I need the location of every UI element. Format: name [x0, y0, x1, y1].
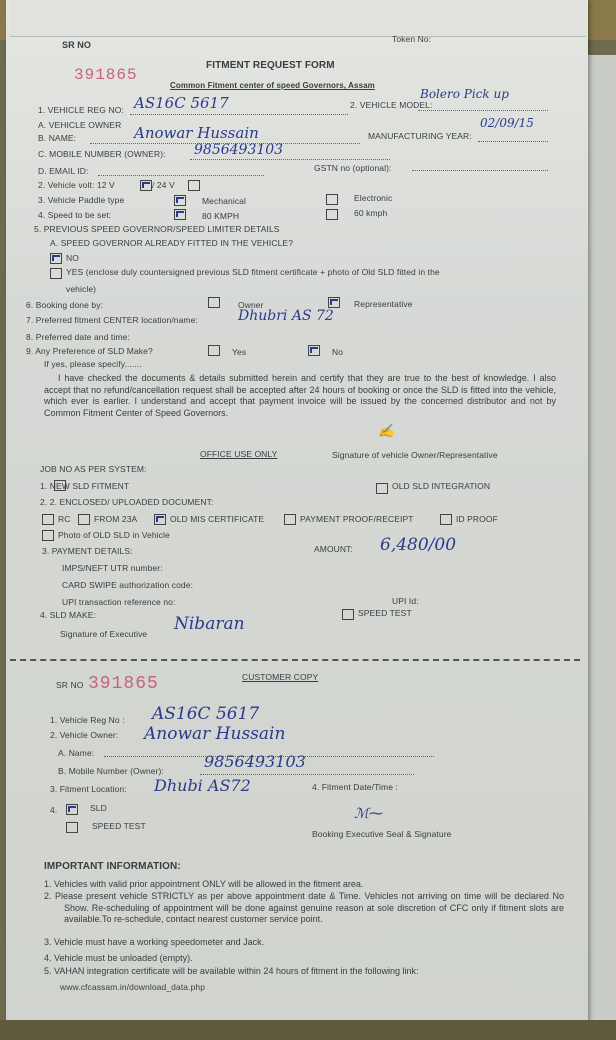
booking-owner-checkbox[interactable] — [208, 297, 220, 308]
name-value[interactable]: Anowar Hussain — [134, 124, 259, 142]
previous-sld-label: 5. PREVIOUS SPEED GOVERNOR/SPEED LIMITER… — [34, 224, 280, 234]
make-preference-label: 9. Any Preference of SLD Make? — [26, 346, 153, 356]
new-sld-label: 1. NEW SLD FITMENT — [40, 481, 129, 491]
doc-rc-checkbox[interactable] — [42, 514, 54, 525]
make-yes-label: Yes — [232, 347, 246, 357]
sr-no-label: SR NO — [62, 40, 91, 50]
office-use-label: OFFICE USE ONLY — [200, 449, 277, 459]
customer-copy-title: CUSTOMER COPY — [242, 672, 318, 682]
previous-sld-question: A. SPEED GOVERNOR ALREADY FITTED IN THE … — [50, 238, 293, 248]
amount-value[interactable]: 6,480/00 — [380, 535, 456, 555]
mobile-value[interactable]: 9856493103 — [194, 142, 283, 158]
customer-sld-checkbox[interactable] — [66, 804, 78, 815]
info-item-3: 3. Vehicle must have a working speedomet… — [44, 937, 564, 949]
customer-mobile-line — [200, 774, 414, 775]
speed-80-label: 80 KMPH — [202, 211, 239, 221]
enclosed-label: 2. 2. ENCLOSED/ UPLOADED DOCUMENT: — [40, 497, 213, 507]
vehicle-model-label: 2. VEHICLE MODEL: — [350, 100, 432, 110]
office-speed-test-label: SPEED TEST — [358, 608, 412, 618]
paper-fold — [10, 0, 586, 37]
doc-id-label: ID PROOF — [456, 514, 498, 524]
info-item-4: 4. Vehicle must be unloaded (empty). — [44, 953, 564, 965]
token-no-label: Token No: — [392, 34, 431, 44]
exec-signature-value: Nibaran — [174, 614, 245, 634]
manufacturing-year-value[interactable]: 02/09/15 — [480, 116, 534, 130]
previous-yes-label: YES (enclose duly countersigned previous… — [66, 267, 440, 277]
customer-speed-test-label: SPEED TEST — [92, 821, 146, 831]
center-label: 7. Preferred fitment CENTER location/nam… — [26, 315, 198, 325]
speed-80-checkbox[interactable] — [174, 209, 186, 220]
payment-details-label: 3. PAYMENT DETAILS: — [42, 546, 133, 556]
important-info-heading: IMPORTANT INFORMATION: — [44, 861, 181, 872]
email-line — [98, 175, 264, 176]
vehicle-model-value[interactable]: Bolero Pick up — [420, 87, 509, 101]
info-item-2: 2. Please present vehicle STRICTLY as pe… — [44, 891, 564, 926]
upi-id-label: UPI Id: — [392, 596, 419, 606]
customer-owner-label: 2. Vehicle Owner: — [50, 730, 118, 740]
office-speed-test-checkbox[interactable] — [342, 609, 354, 620]
info-item-5: 5. VAHAN integration certificate will be… — [44, 966, 564, 978]
customer-sld-label: SLD — [90, 803, 107, 813]
paddle-mechanical-checkbox[interactable] — [174, 195, 186, 206]
vehicle-owner-label: A. VEHICLE OWNER — [38, 120, 121, 130]
fitment-date-label: 4. Fitment Date/Time : — [312, 782, 398, 792]
fitment-location-label: 3. Fitment Location: — [50, 784, 127, 794]
name-label: B. NAME: — [38, 133, 76, 143]
sld-make-label: 4. SLD MAKE: — [40, 610, 96, 620]
doc-from23a-label: FROM 23A — [94, 514, 137, 524]
doc-id-checkbox[interactable] — [440, 514, 452, 525]
booking-representative-label: Representative — [354, 299, 413, 309]
vehicle-reg-value[interactable]: AS16C 5617 — [134, 94, 229, 112]
paddle-label: 3. Vehicle Paddle type — [38, 195, 124, 205]
customer-name-label: A. Name: — [58, 748, 94, 758]
previous-yes-label-cont: vehicle) — [66, 284, 96, 294]
previous-no-checkbox[interactable] — [50, 253, 62, 264]
volt-12v-checkbox[interactable] — [140, 180, 152, 191]
gstn-line — [412, 170, 548, 171]
manufacturing-year-label: MANUFACTURING YEAR: — [368, 131, 472, 141]
customer-reg-value[interactable]: AS16C 5617 — [152, 704, 259, 724]
owner-signature-label: Signature of vehicle Owner/Representativ… — [332, 450, 498, 460]
paddle-electronic-label: Electronic — [354, 193, 392, 203]
info-item-1: 1. Vehicles with valid prior appointment… — [44, 879, 564, 891]
declaration-text: I have checked the documents & details s… — [44, 373, 556, 419]
previous-no-label: NO — [66, 253, 79, 263]
volt-24v-label: / 24 V — [152, 180, 175, 190]
customer-sr-number: 391865 — [88, 674, 159, 694]
customer-reg-label: 1. Vehicle Reg No : — [50, 715, 125, 725]
doc-payment-label: PAYMENT PROOF/RECEIPT — [300, 514, 414, 524]
customer-name-value[interactable]: Anowar Hussain — [144, 724, 285, 744]
booking-exec-signature: ℳ⁓ — [354, 806, 383, 822]
fitment-location-value[interactable]: Dhubi AS72 — [154, 776, 251, 795]
form-subtitle: Common Fitment center of speed Governors… — [170, 81, 375, 90]
customer-mobile-value[interactable]: 9856493103 — [204, 752, 306, 771]
customer-sr-no-label: SR NO — [56, 680, 83, 690]
paddle-electronic-checkbox[interactable] — [326, 194, 338, 205]
mobile-label: C. MOBILE NUMBER (OWNER): — [38, 149, 166, 159]
date-time-label: 8. Preferred date and time: — [26, 332, 130, 342]
vehicle-reg-label: 1. VEHICLE REG NO: — [38, 105, 124, 115]
customer-item4-label: 4. — [50, 805, 57, 815]
form-title: FITMENT REQUEST FORM — [206, 60, 335, 71]
card-swipe-label: CARD SWIPE authorization code: — [62, 580, 193, 590]
speed-label: 4. Speed to be set: — [38, 210, 111, 220]
previous-yes-checkbox[interactable] — [50, 268, 62, 279]
gstn-label: GSTN no (optional): — [314, 163, 392, 173]
doc-photo-checkbox[interactable] — [42, 530, 54, 541]
speed-60-label: 60 kmph — [354, 208, 387, 218]
booking-exec-seal-label: Booking Executive Seal & Signature — [312, 829, 451, 839]
booking-representative-checkbox[interactable] — [328, 297, 340, 308]
center-value[interactable]: Dhubri AS 72 — [238, 308, 334, 324]
doc-payment-checkbox[interactable] — [284, 514, 296, 525]
background-bottom — [0, 1020, 616, 1040]
doc-old-mis-label: OLD MIS CERTIFICATE — [170, 514, 264, 524]
exec-signature-label: Signature of Executive — [60, 629, 147, 639]
make-yes-checkbox[interactable] — [208, 345, 220, 356]
imps-label: IMPS/NEFT UTR number: — [62, 563, 163, 573]
if-yes-label: If yes, please specify....... — [44, 359, 142, 369]
make-no-label: No — [332, 347, 343, 357]
paddle-mechanical-label: Mechanical — [202, 196, 246, 206]
old-sld-integration-checkbox[interactable] — [376, 483, 388, 494]
customer-speed-test-checkbox[interactable] — [66, 822, 78, 833]
upi-ref-label: UPI transaction reference no: — [62, 597, 175, 607]
vehicle-model-line — [418, 110, 548, 111]
doc-rc-label: RC — [58, 514, 70, 524]
vehicle-reg-line — [130, 114, 348, 115]
job-no-label: JOB NO AS PER SYSTEM: — [40, 464, 147, 474]
old-sld-integration-label: OLD SLD INTEGRATION — [392, 481, 490, 491]
email-label: D. EMAIL ID: — [38, 166, 88, 176]
make-no-checkbox[interactable] — [308, 345, 320, 356]
tear-line — [10, 659, 580, 661]
manufacturing-year-line — [478, 141, 548, 142]
owner-signature: ✍ — [378, 424, 394, 439]
volt-24v-checkbox[interactable] — [188, 180, 200, 191]
doc-from23a-checkbox[interactable] — [78, 514, 90, 525]
amount-label: AMOUNT: — [314, 544, 353, 554]
customer-mobile-label: B. Mobile Number (Owner): — [58, 766, 164, 776]
mobile-line — [190, 159, 390, 160]
booking-label: 6. Booking done by: — [26, 300, 103, 310]
sr-number: 391865 — [74, 66, 138, 84]
download-link[interactable]: www.cfcassam.in/download_data.php — [60, 982, 205, 992]
doc-photo-label: Photo of OLD SLD in Vehicle — [58, 530, 170, 540]
speed-60-checkbox[interactable] — [326, 209, 338, 220]
doc-old-mis-checkbox[interactable] — [154, 514, 166, 525]
volt-label: 2. Vehicle volt: 12 V — [38, 180, 115, 190]
